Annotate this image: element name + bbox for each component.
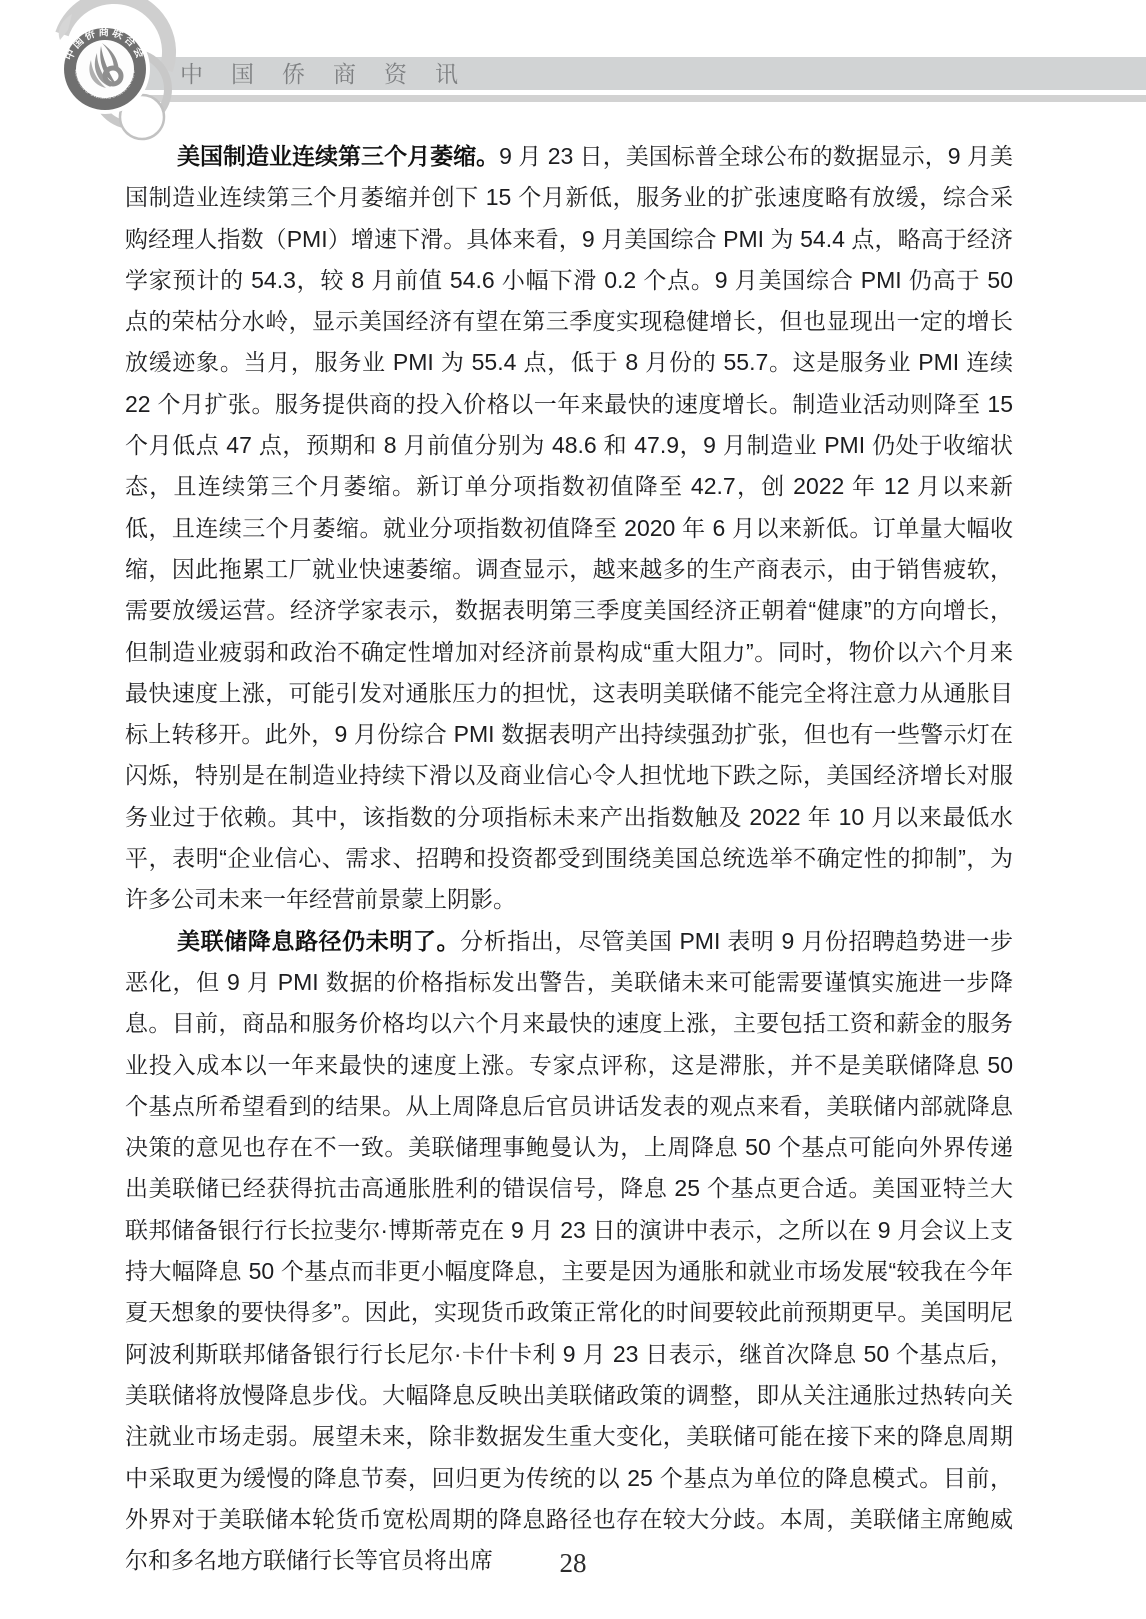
paragraph-text: 9 月 23 日，美国标普全球公布的数据显示，9 月美国制造业连续第三个月萎缩并… [125,143,1013,912]
paragraph-us-manufacturing: 美国制造业连续第三个月萎缩。9 月 23 日，美国标普全球公布的数据显示，9 月… [125,136,1013,921]
masthead-bar: 中国侨商资讯 [112,57,1146,90]
masthead-title: 中国侨商资讯 [180,61,486,87]
page-number: 28 [0,1548,1146,1579]
federation-logo-icon: 中国侨商联合会 CHINA FEDERATION OF OVERSEAS CHI… [38,0,178,142]
paragraph-fed-rate-path: 美联储降息路径仍未明了。分析指出，尽管美国 PMI 表明 9 月份招聘趋势进一步… [125,921,1013,1582]
masthead-rule [112,95,1146,102]
paragraph-lead: 美联储降息路径仍未明了。 [177,928,460,954]
article-body: 美国制造业连续第三个月萎缩。9 月 23 日，美国标普全球公布的数据显示，9 月… [125,136,1013,1581]
paragraph-lead: 美国制造业连续第三个月萎缩。 [177,143,499,169]
paragraph-text: 分析指出，尽管美国 PMI 表明 9 月份招聘趋势进一步恶化，但 9 月 PMI… [125,928,1013,1573]
document-page: 中国侨商资讯 中国侨商联合会 CHINA FEDERATION OF OVERS… [0,0,1146,1619]
